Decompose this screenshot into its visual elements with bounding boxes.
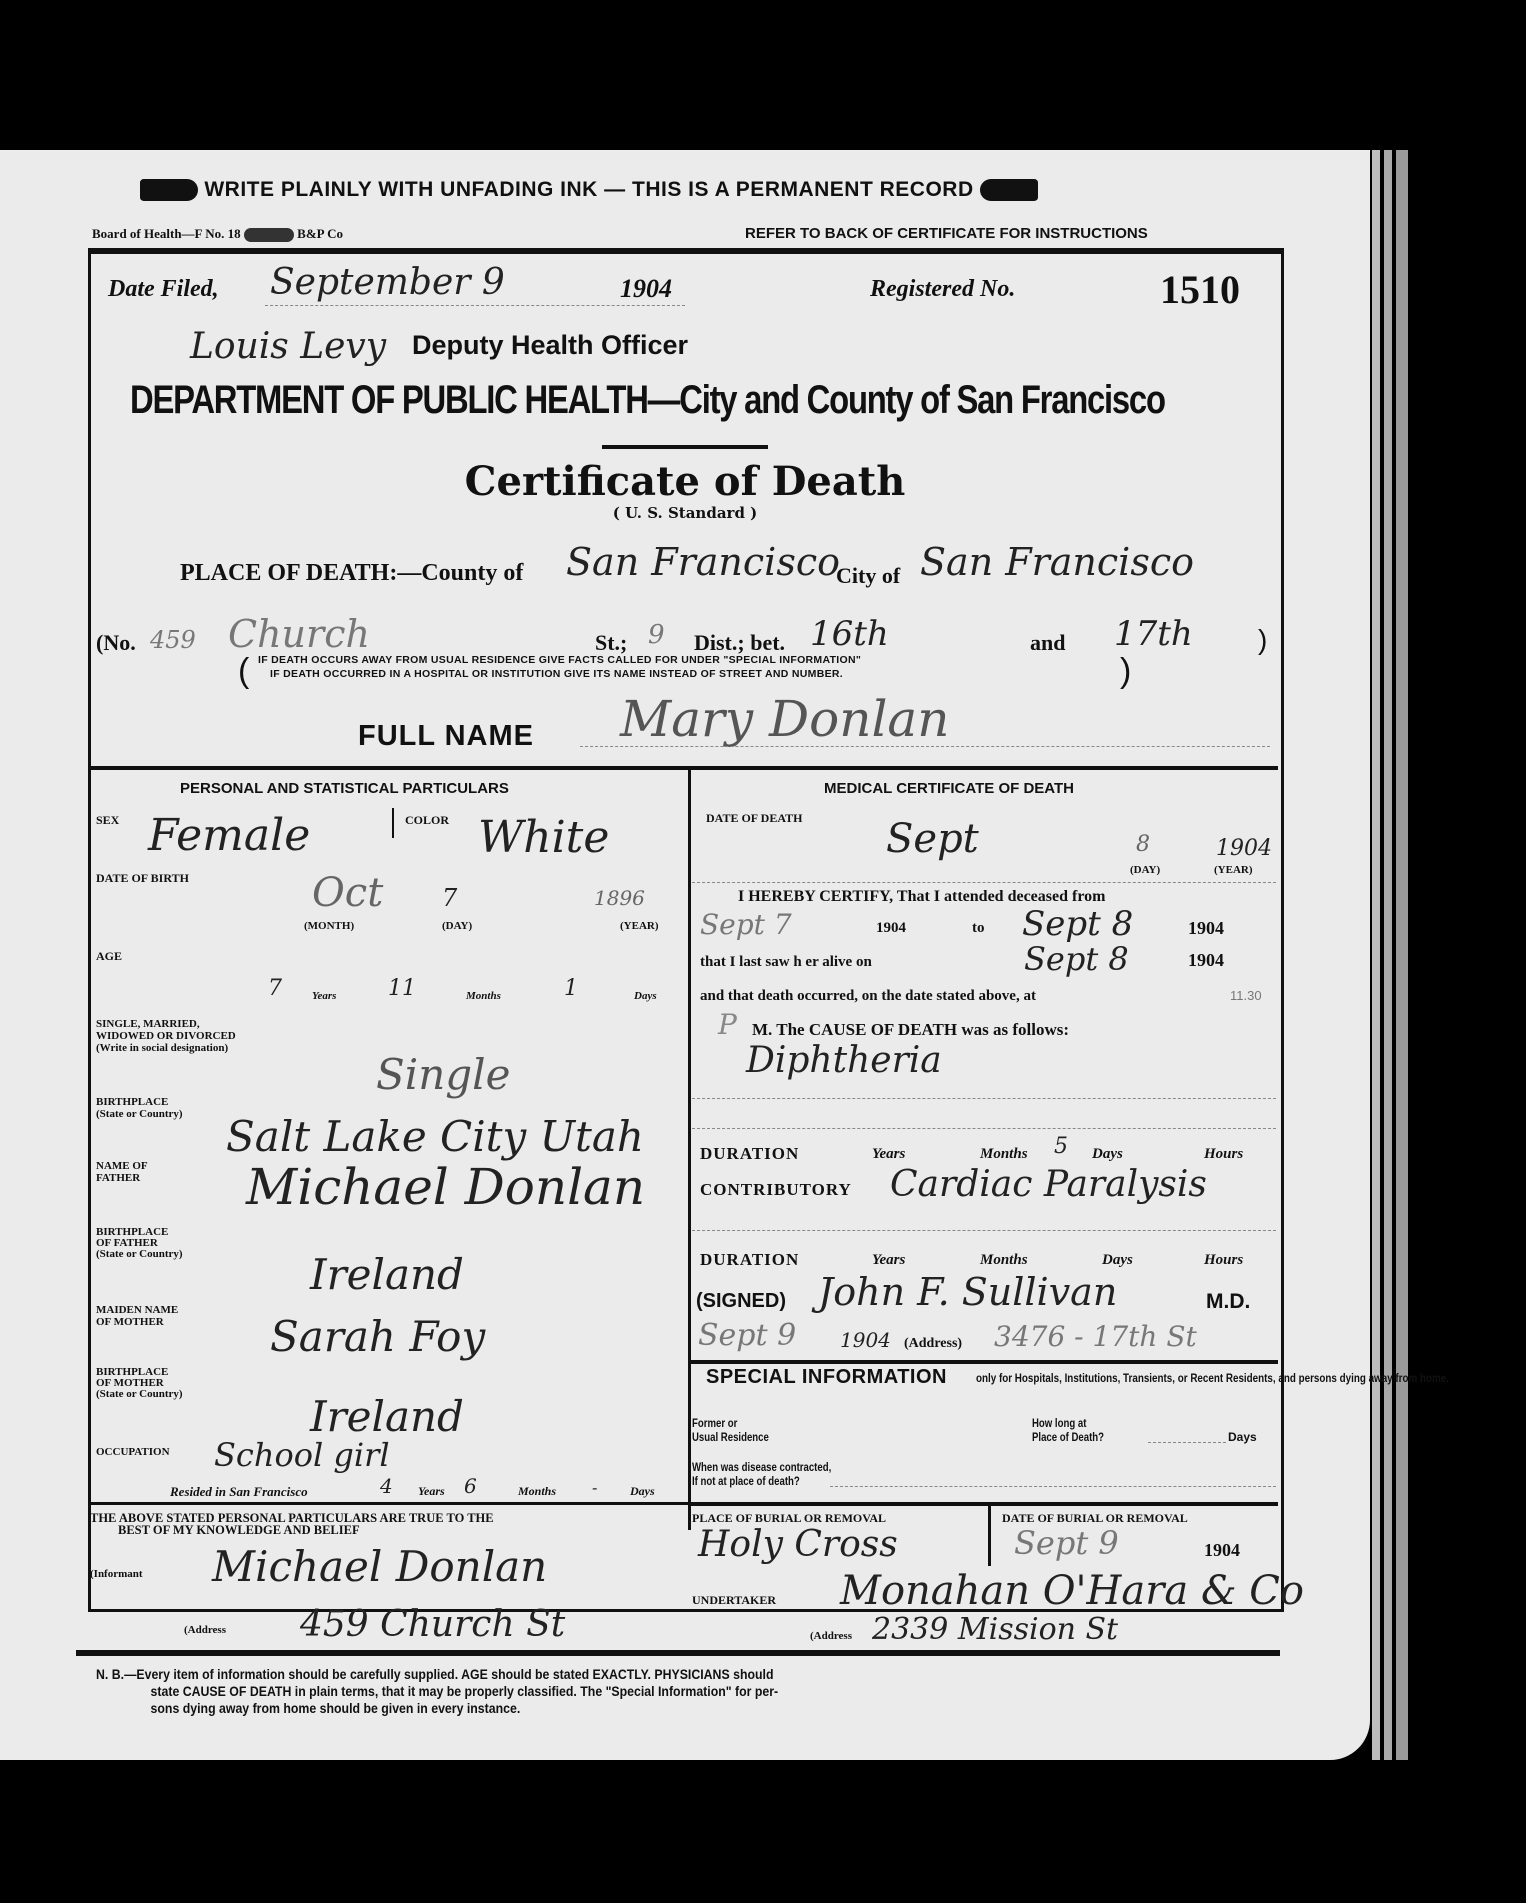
burial-date-label: DATE of BURIAL or REMOVAL: [1002, 1512, 1188, 1524]
burial-place-label: PLACE OF BURIAL OR REMOVAL: [692, 1512, 886, 1524]
county-value: San Francisco: [566, 540, 840, 584]
dod-day: 8: [1136, 832, 1150, 857]
dob-year: 1896: [594, 886, 645, 910]
date-filed-value: September 9: [270, 262, 505, 303]
father-value: Michael Donlan: [246, 1158, 645, 1216]
signed-year: 1904: [840, 1328, 891, 1352]
mother-birthplace-value: Ireland: [310, 1392, 464, 1441]
district-label: Dist.; bet.: [694, 630, 785, 656]
birthplace-label: BIRTHPLACE: [96, 1096, 168, 1108]
age-label: AGE: [96, 950, 122, 962]
md-label: M.D.: [1206, 1290, 1250, 1314]
birthplace-value: Salt Lake City Utah: [226, 1112, 644, 1161]
place-note-1: IF DEATH OCCURS AWAY FROM USUAL RESIDENC…: [258, 654, 861, 666]
dod-month: Sept: [886, 816, 979, 862]
duration-days: 5: [1054, 1134, 1068, 1159]
dod-label: DATE OF DEATH: [706, 812, 802, 824]
dob-month: Oct: [312, 870, 383, 916]
how-long-label: Place of Death?: [1032, 1430, 1104, 1444]
resided-months: 6: [464, 1474, 477, 1498]
informant-address: 459 Church St: [300, 1604, 565, 1645]
sex-value: Female: [148, 810, 310, 861]
form-id: Board of Health—F No. 18 B&P Co: [92, 226, 343, 242]
address-number: 459: [150, 626, 196, 654]
dod-year: 1904: [1216, 836, 1272, 861]
informant-address-label: (Address: [184, 1624, 226, 1636]
burial-date: Sept 9: [1014, 1524, 1119, 1562]
age-days: 1: [564, 976, 578, 1001]
occurred-text: and that death occurred, on the date sta…: [700, 988, 1036, 1005]
occupation-value: School girl: [214, 1436, 390, 1474]
title-divider: [602, 445, 768, 449]
signed-date: Sept 9: [698, 1318, 796, 1353]
section-divider: [88, 766, 1278, 770]
mother-value: Sarah Foy: [270, 1312, 485, 1361]
address-no-label: (No.: [96, 630, 136, 656]
marital-value: Single: [376, 1050, 510, 1099]
attended-to: Sept 8: [1022, 904, 1133, 944]
am-pm-value: P: [718, 1008, 737, 1041]
city-label: City of: [836, 563, 900, 589]
mother-label: MAIDEN NAME: [96, 1304, 178, 1316]
place-of-death-label: PLACE OF DEATH:—County of: [180, 560, 523, 587]
last-saw-text: that I last saw h er alive on: [700, 954, 872, 971]
undertaker-value: Monahan O'Hara & Co: [840, 1568, 1304, 1614]
special-subheading: only for Hospitals, Institutions, Transi…: [976, 1372, 1222, 1385]
street-value: Church: [228, 612, 370, 656]
undertaker-address: 2339 Mission St: [872, 1612, 1118, 1647]
contributory-value: Cardiac Paralysis: [890, 1164, 1207, 1205]
cause-of-death: Diphtheria: [746, 1040, 942, 1081]
age-years: 7: [268, 976, 282, 1001]
physician-signature: John F. Sullivan: [818, 1270, 1117, 1314]
color-label: COLOR: [405, 814, 449, 826]
death-time: 11.30: [1230, 988, 1262, 1003]
medical-heading: MEDICAL CERTIFICATE OF DEATH: [824, 780, 1074, 797]
registered-label: Registered No.: [870, 276, 1015, 303]
department-title: DEPARTMENT OF PUBLIC HEALTH—City and Cou…: [130, 378, 1165, 423]
full-name-value: Mary Donlan: [620, 690, 949, 748]
father-label: NAME OF: [96, 1160, 148, 1172]
special-heading: SPECIAL INFORMATION: [706, 1366, 947, 1389]
full-name-label: FULL NAME: [358, 720, 534, 753]
pointing-hand-icon: [140, 179, 198, 201]
page-edge: [1384, 150, 1392, 1760]
refer-instructions: REFER TO BACK OF CERTIFICATE FOR INSTRUC…: [745, 225, 1148, 242]
page-edge: [1372, 150, 1380, 1760]
date-filed-label: Date Filed,: [108, 276, 219, 303]
undertaker-label: UNDERTAKER: [692, 1594, 776, 1606]
occupation-label: OCCUPATION: [96, 1446, 170, 1458]
attended-from: Sept 7: [700, 908, 792, 941]
personal-heading: PERSONAL AND STATISTICAL PARTICULARS: [180, 780, 509, 797]
physician-address: 3476 - 17th St: [994, 1320, 1197, 1353]
city-value: San Francisco: [920, 540, 1194, 584]
marital-label: SINGLE, MARRIED,: [96, 1018, 200, 1030]
officer-signature: Louis Levy: [190, 326, 386, 367]
signed-label: (SIGNED): [696, 1290, 786, 1313]
place-note-2: IF DEATH OCCURRED IN A HOSPITAL OR INSTI…: [270, 668, 843, 680]
dob-day: 7: [442, 884, 457, 912]
bottom-rule: [76, 1650, 1280, 1656]
cause-text: M. The CAUSE OF DEATH was as follows:: [752, 1020, 1069, 1040]
sex-label: SEX: [96, 814, 119, 826]
resided-years: 4: [380, 1474, 393, 1498]
certificate-title: Certificate of Death: [0, 458, 1370, 505]
officer-title: Deputy Health Officer: [412, 330, 688, 361]
informant-name: Michael Donlan: [212, 1542, 547, 1591]
banner-text: WRITE PLAINLY WITH UNFADING INK — THIS I…: [204, 178, 973, 201]
district-value: 9: [648, 620, 665, 650]
date-filed-year: 1904: [620, 274, 672, 304]
banner: WRITE PLAINLY WITH UNFADING INK — THIS I…: [140, 178, 1038, 202]
footer-note: N. B.—Every item of information should b…: [96, 1666, 778, 1717]
standard-label: ( U. S. Standard ): [0, 504, 1370, 522]
resided-days: -: [592, 1478, 597, 1497]
between-street-1: 16th: [810, 614, 889, 654]
column-divider: [688, 770, 691, 1530]
registered-number: 1510: [1160, 266, 1240, 313]
page-edge: [1396, 150, 1408, 1760]
usual-residence-label: Usual Residence: [692, 1430, 769, 1444]
pointing-hand-icon: [980, 179, 1038, 201]
last-saw-date: Sept 8: [1024, 940, 1129, 978]
and-label: and: [1030, 630, 1065, 656]
union-label-icon: [244, 228, 294, 242]
dob-label: DATE OF BIRTH: [96, 872, 189, 884]
color-value: White: [478, 812, 609, 863]
contributory-label: CONTRIBUTORY: [700, 1180, 852, 1200]
street-label: St.;: [595, 630, 627, 656]
between-street-2: 17th: [1114, 614, 1193, 654]
informant-label: (Informant: [90, 1568, 143, 1580]
burial-year: 1904: [1204, 1540, 1240, 1561]
age-months: 11: [388, 976, 416, 1001]
burial-place: Holy Cross: [698, 1524, 898, 1565]
contracted-label: When was disease contracted,: [692, 1460, 831, 1474]
duration-label: DURATION: [700, 1144, 799, 1164]
father-birthplace-value: Ireland: [310, 1250, 464, 1299]
resided-label: Resided in San Francisco: [170, 1484, 308, 1500]
